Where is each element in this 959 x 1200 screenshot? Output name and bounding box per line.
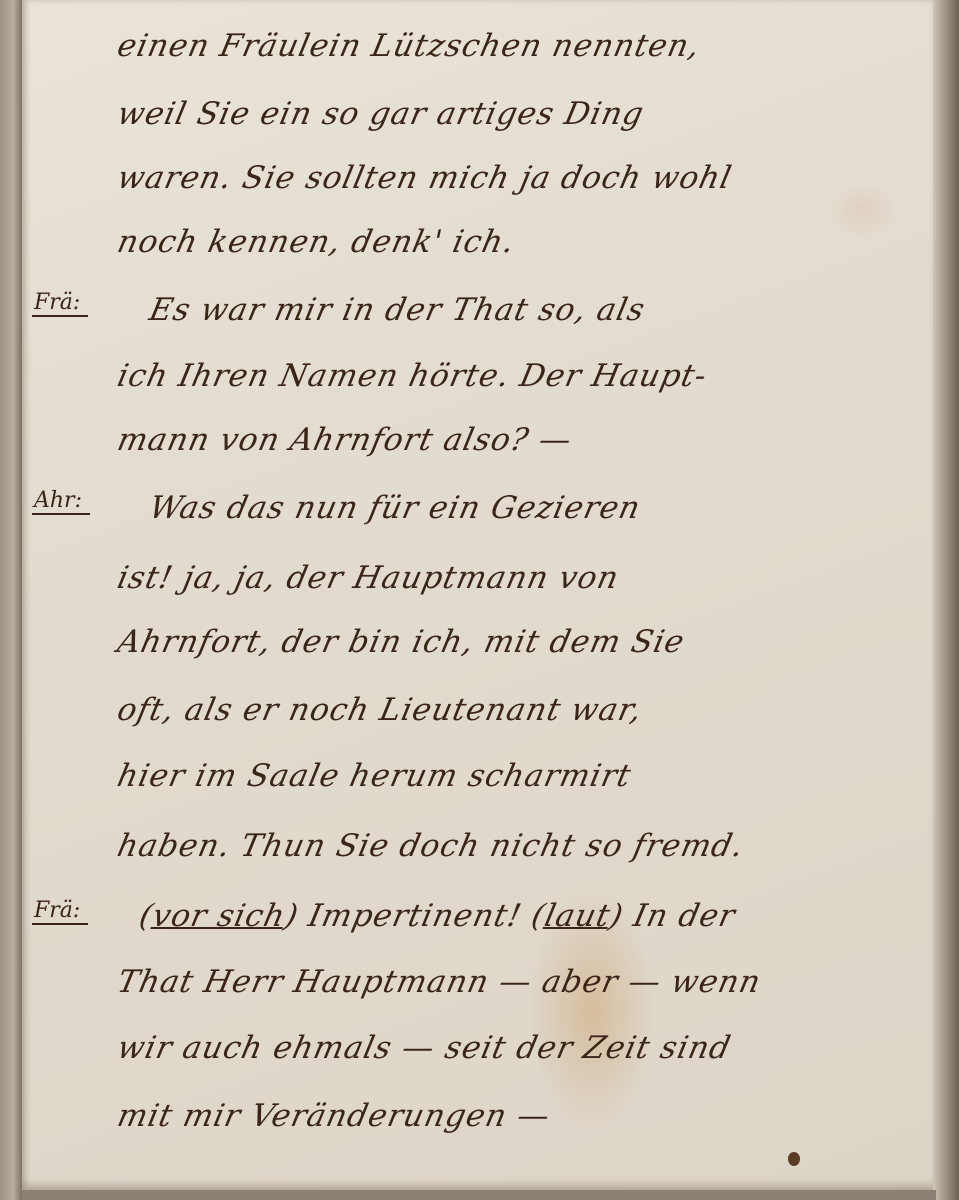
speaker-label-fraeulein: Frä: <box>32 290 88 317</box>
manuscript-line: mann von Ahrnfort also? — <box>114 422 933 458</box>
manuscript-line: Es war mir in der That so, als <box>146 292 933 328</box>
ink-blot <box>788 1152 800 1166</box>
stage-direction-aloud: laut <box>541 898 613 934</box>
manuscript-line: Was das nun für ein Gezieren <box>146 490 933 526</box>
manuscript-line: waren. Sie sollten mich ja doch wohl <box>114 160 933 196</box>
aside-exclamation: ) Impertinent! ( <box>281 898 549 934</box>
page-bottom-edge <box>22 1190 936 1200</box>
manuscript-line: oft, als er noch Lieutenant war, <box>114 692 933 728</box>
manuscript-line: wir auch ehmals — seit der Zeit sind <box>114 1030 933 1066</box>
manuscript-line-aside: (vor sich) Impertinent! (laut) In der <box>136 898 933 934</box>
aside-continuation: ) In der <box>606 898 739 934</box>
page-right-edge <box>933 0 959 1200</box>
manuscript-line: ist! ja, ja, der Hauptmann von <box>114 560 933 596</box>
manuscript-line: noch kennen, denk' ich. <box>114 224 933 260</box>
manuscript-line: That Herr Hauptmann — aber — wenn <box>114 964 933 1000</box>
manuscript-line: einen Fräulein Lützschen nennten, <box>114 28 933 64</box>
manuscript-line: weil Sie ein so gar artiges Ding <box>114 96 933 132</box>
manuscript-line: Ahrnfort, der bin ich, mit dem Sie <box>114 624 933 660</box>
manuscript-line: mit mir Veränderungen — <box>114 1098 933 1134</box>
manuscript-line: ich Ihren Namen hörte. Der Haupt- <box>114 358 933 394</box>
book-binding-gutter <box>0 0 22 1200</box>
stage-direction-aside: vor sich <box>149 898 289 934</box>
speaker-label-ahrnfort: Ahr: <box>32 488 90 515</box>
manuscript-line: haben. Thun Sie doch nicht so fremd. <box>114 828 933 864</box>
speaker-label-fraeulein: Frä: <box>32 898 88 925</box>
manuscript-line: hier im Saale herum scharmirt <box>114 758 933 794</box>
